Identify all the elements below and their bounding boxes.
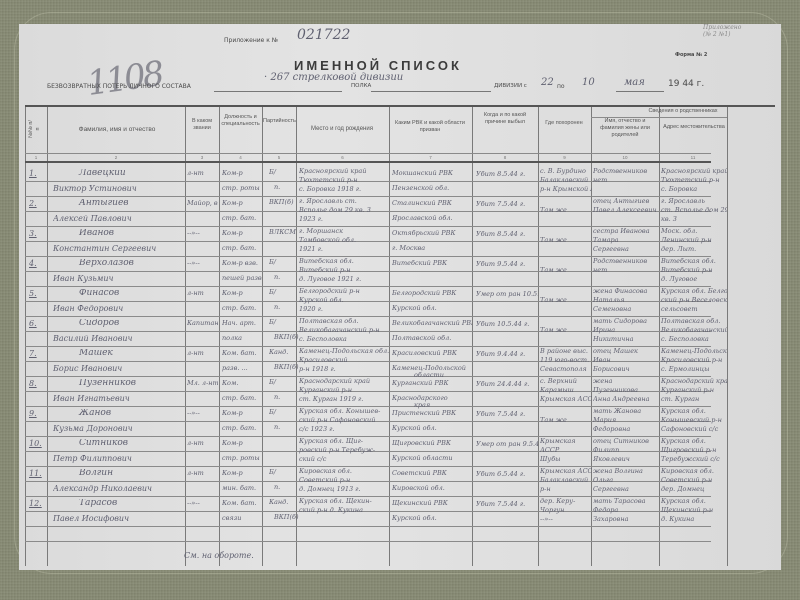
birth-line: Курганский р-н xyxy=(299,387,389,394)
relative-line: Федора xyxy=(593,507,659,514)
surname: Верхолазов xyxy=(59,259,199,268)
birth-line: ровский р-н Теребуж- xyxy=(299,447,389,454)
birth-line: г. Ярославль ст. xyxy=(299,198,389,205)
address-line: Щигровский р-н xyxy=(661,447,727,454)
relative-line: Родственников xyxy=(593,168,659,175)
address-line: ст. Всполье дом 29 xyxy=(661,207,727,214)
birth-line: Курская обл. Щекин- xyxy=(299,498,389,505)
relative-line: Захаровна xyxy=(593,516,659,523)
rank: --»-- xyxy=(187,500,218,507)
footer-note: См. на обороте. xyxy=(184,551,254,560)
burial-line: Крымская xyxy=(540,438,592,445)
party-line: п. xyxy=(274,484,299,491)
row-divider xyxy=(25,226,711,227)
departure-reason: Убит 7.5.44 г. xyxy=(476,501,538,508)
corner-note-line: (№ 2 №1) xyxy=(703,31,741,38)
birth-line: Всполье дом 29 кв. 3 xyxy=(299,207,389,214)
relative-line: Анна Андреевна xyxy=(593,396,659,403)
address-line: Кировская обл. xyxy=(661,468,727,475)
address-line: Тюхтетский р-н xyxy=(661,177,727,184)
position-line: Ком-р взв. xyxy=(222,260,262,267)
position-line: Ком-р xyxy=(222,470,262,477)
address-line: Полтавская обл. xyxy=(661,318,727,325)
given-names: Алексей Павлович xyxy=(53,214,183,223)
rvk-line: Курской обл. xyxy=(392,425,472,432)
row-divider xyxy=(25,256,711,257)
party-line: ВКП(б) xyxy=(274,334,299,341)
party-line: Б/ xyxy=(269,169,299,176)
address-line: Витебский р-н xyxy=(661,267,727,274)
row-divider xyxy=(25,526,711,527)
birth-line: Курская обл. Щиг- xyxy=(299,438,389,445)
address-line: Курская обл. Белгород- xyxy=(661,288,727,295)
birth-line: Каменец-Подольская обл. xyxy=(299,348,389,355)
column-divider xyxy=(389,107,390,566)
relative-line: отец Ситников xyxy=(593,438,659,445)
document-title: ИМЕННОЙ СПИСОК xyxy=(294,58,462,73)
date-separator: по xyxy=(557,83,565,90)
row-divider xyxy=(25,316,711,317)
column-number: 2 xyxy=(47,155,185,160)
address-line: Витебская обл. xyxy=(661,258,727,265)
given-names: Борис Иванович xyxy=(53,364,183,373)
row-number: 6. xyxy=(29,319,47,328)
relative-line: нет xyxy=(593,267,659,274)
given-names: Константин Сергеевич xyxy=(53,244,183,253)
address-line: Краснодарский край xyxy=(661,378,727,385)
burial-line: дер. Керу- xyxy=(540,498,592,505)
rvk-line: Пензенской обл. xyxy=(392,185,472,192)
address-line: Моск. обл. xyxy=(661,228,727,235)
relative-line: жена Финасова xyxy=(593,288,659,295)
party-line: Б/ xyxy=(269,289,299,296)
row-number: 3. xyxy=(29,229,47,238)
relative-line: Пузенникова xyxy=(593,387,659,394)
position-line: Ком-р xyxy=(222,170,262,177)
row-divider xyxy=(25,406,711,407)
given-names: Иван Федорович xyxy=(53,304,183,313)
date-to: 10 xyxy=(582,77,595,88)
party-line: ВКП(б) xyxy=(274,514,299,521)
address-line: Курская обл. xyxy=(661,408,727,415)
header-divider xyxy=(25,153,711,154)
rvk-line: Каменец-Подольской xyxy=(392,365,472,372)
address-line: Советский р-н xyxy=(661,477,727,484)
burial-line: Там же xyxy=(540,417,592,424)
rvk-line: Полтавской обл. xyxy=(392,335,472,342)
relative-line: Тамара xyxy=(593,237,659,244)
burial-line: Крымская АССР xyxy=(540,468,592,475)
address-line: Конышевский р-н xyxy=(661,417,727,424)
unit-handwritten: · 267 стрелковой дивизии xyxy=(264,72,403,83)
position-line: полка xyxy=(222,335,262,342)
row-divider xyxy=(25,196,711,197)
rank: Мл. л-нт xyxy=(187,380,218,387)
relative-line: Сергеевна xyxy=(593,486,659,493)
address-line: д. Луговое xyxy=(661,276,727,283)
position-line: Ком-р xyxy=(222,230,262,237)
column-divider xyxy=(727,107,728,566)
position-line: пешей разведки xyxy=(222,275,262,282)
burial-line: р-н xyxy=(540,486,592,493)
header-rank: В каком звании xyxy=(186,118,218,132)
address-line: Ленинский р-н xyxy=(661,237,727,244)
column-number: 9 xyxy=(538,155,591,160)
birth-line: Тамбовской обл. xyxy=(299,237,389,244)
birth-line: Курской обл. xyxy=(299,297,389,304)
burial-line: р-н Крымской АССР xyxy=(540,186,592,193)
relative-line: Сергеевна xyxy=(593,246,659,253)
given-names: Кузьма Доронович xyxy=(53,424,183,433)
header-buried: Где похоронен xyxy=(540,120,588,127)
surname: Тарасов xyxy=(59,499,199,508)
row-number: 11. xyxy=(29,469,47,478)
header-rvk: Каким РВК и какой области призван xyxy=(391,120,469,134)
burial-line: Севастополя xyxy=(540,366,592,373)
rank: Майор, в-нт xyxy=(187,200,218,207)
given-names: Павел Иосифович xyxy=(53,514,183,523)
position-line: стр. бат. xyxy=(222,305,262,312)
departure-reason: Убит 9.5.44 г. xyxy=(476,261,538,268)
party-line: Канд. xyxy=(269,349,299,356)
surname: Пузенников xyxy=(59,379,199,388)
registration-number: 021722 xyxy=(297,27,350,43)
address-line: с. Ермолинцы xyxy=(661,366,727,373)
rvk-line: Курской области xyxy=(392,455,472,462)
relative-line: Ольга xyxy=(593,477,659,484)
date-year: 19 44 г. xyxy=(668,79,704,89)
address-line: ский р-н Веселовский xyxy=(661,297,727,304)
rvk-line: Краснодарского xyxy=(392,395,472,402)
address-line: д. Кукина xyxy=(661,516,727,523)
birth-line: с/с 1923 г. xyxy=(299,426,389,433)
address-line: Щекинский р-н xyxy=(661,507,727,514)
burial-line: Шубы xyxy=(540,456,592,463)
row-divider xyxy=(25,436,711,437)
address-line: Курская обл. xyxy=(661,498,727,505)
relative-line: Семеновна xyxy=(593,306,659,313)
column-number: 10 xyxy=(591,155,659,160)
burial-line: В районе выс. xyxy=(540,348,592,355)
burial-line: Там же xyxy=(540,237,592,244)
birth-line: с. Боровка 1918 г. xyxy=(299,186,389,193)
birth-line: Кировская обл. xyxy=(299,468,389,475)
departure-reason: Умер от ран 10.5.44 г. xyxy=(476,291,538,298)
rvk-line: Сталинский РВК xyxy=(392,200,472,207)
rvk-line: Витебский РВК xyxy=(392,260,472,267)
given-names: Иван Игнатьевич xyxy=(53,394,183,403)
departure-reason: Убит 9.4.44 г. xyxy=(476,351,538,358)
departure-reason: Убит 8.5.44 г. xyxy=(476,171,538,178)
surname: Антыгиев xyxy=(59,199,199,208)
rank: --»-- xyxy=(187,260,218,267)
birth-line: ский с/с xyxy=(299,456,389,463)
burial-line: Чоргун xyxy=(540,507,592,514)
row-number: 10. xyxy=(29,439,47,448)
position-line: Нач. арт. xyxy=(222,320,262,327)
address-line: с. Бесполовка xyxy=(661,336,727,343)
relative-line: Иван xyxy=(593,357,659,364)
regiment-label: ПОЛКА xyxy=(351,83,371,89)
address-line: Курганский р-н xyxy=(661,387,727,394)
division-label: ДИВИЗИИ с xyxy=(494,83,527,89)
address-line: Великобагачанский р-н xyxy=(661,327,727,334)
burial-line: с. Верхний xyxy=(540,378,592,385)
departure-reason: Умер от ран 9.5.44 г. xyxy=(476,441,538,448)
position-line: разв. ... xyxy=(222,365,262,372)
relative-line: мать Тарасова xyxy=(593,498,659,505)
rvk-line: Мокшанский РВК xyxy=(392,170,472,177)
rvk-line: области xyxy=(414,372,469,379)
departure-reason: Убит 7.5.44 г. xyxy=(476,411,538,418)
surname: Иванов xyxy=(59,229,199,238)
birth-line: д. Луговое 1921 г. xyxy=(299,276,389,283)
position-line: Ком-р xyxy=(222,410,262,417)
column-divider xyxy=(472,107,473,566)
relative-line: Павел Алексеевич xyxy=(593,207,659,214)
birth-line: Краснодарский край xyxy=(299,378,389,385)
rvk-line: Кировской обл. xyxy=(392,485,472,492)
rvk-line: Курганский РВК xyxy=(392,380,472,387)
rvk-line: г. Москва xyxy=(392,245,472,252)
position-line: Ком-р xyxy=(222,290,262,297)
rvk-line: Курской обл. xyxy=(392,515,472,522)
relative-line: Ирина xyxy=(593,327,659,334)
relative-line: мать Жанова xyxy=(593,408,659,415)
address-line: Каменец-Подольская обл. xyxy=(661,348,727,355)
party-line: Канд. xyxy=(269,499,299,506)
handwritten-stamp-mark: 1108 xyxy=(85,54,164,104)
column-divider xyxy=(25,107,26,566)
header-position: Должность и специальность xyxy=(220,114,261,128)
position-line: стр. бат. xyxy=(222,425,262,432)
form-label: Форма № 2 xyxy=(675,52,707,58)
surname: Ситников xyxy=(59,439,199,448)
row-number: 5. xyxy=(29,289,47,298)
birth-line: Великобагачанский р-н xyxy=(299,327,389,334)
surname: Лавецкий xyxy=(59,169,199,178)
rvk-line: Пристенский РВК xyxy=(392,410,472,417)
birth-line: с. Бесполовка xyxy=(299,336,389,343)
position-line: Ком. xyxy=(222,380,262,387)
surname: Сидоров xyxy=(59,319,199,328)
relative-line: нет xyxy=(593,177,659,184)
underline xyxy=(214,91,342,92)
birth-line: Курская обл. Конышев- xyxy=(299,408,389,415)
rvk-line: Курской обл. xyxy=(392,305,472,312)
position-line: стр. бат. xyxy=(222,245,262,252)
underline xyxy=(371,91,491,92)
underline xyxy=(616,91,664,92)
birth-line: ский р-н Сафоновский xyxy=(299,417,389,424)
departure-reason: Убит 7.5.44 г. xyxy=(476,201,538,208)
address-line: Красноярский край, xyxy=(661,168,727,175)
relative-line: Наталья xyxy=(593,297,659,304)
position-line: стр. роты xyxy=(222,185,262,192)
rank: --»-- xyxy=(187,230,218,237)
party-line: Б/ xyxy=(269,469,299,476)
birth-line: Белгородский р-н xyxy=(299,288,389,295)
column-divider xyxy=(538,107,539,566)
row-divider xyxy=(25,376,711,377)
column-number: 4 xyxy=(219,155,262,160)
row-divider xyxy=(25,541,711,542)
rvk-line: Великобагачанский РВК xyxy=(392,320,472,327)
burial-line: Там же xyxy=(540,297,592,304)
surname: Машек xyxy=(59,349,199,358)
surname: Финасов xyxy=(59,289,199,298)
position-line: Ком-р xyxy=(222,200,262,207)
header-birth: Место и год рождения xyxy=(297,126,387,133)
birth-line: Красноярский край xyxy=(299,168,389,175)
birth-line: Витебская обл. xyxy=(299,258,389,265)
party-line: Б/ xyxy=(269,259,299,266)
row-number: 8. xyxy=(29,379,47,388)
party-line: п. xyxy=(274,424,299,431)
address-line: дер. Домнец xyxy=(661,486,727,493)
address-line: кв. 3 xyxy=(661,216,727,223)
position-line: стр. бат. xyxy=(222,215,262,222)
burial-line: Крымская АССР xyxy=(540,396,592,403)
birth-line: Тюхтетский р-н xyxy=(299,177,389,184)
header-name: Фамилия, имя и отчество xyxy=(49,126,185,133)
given-names: Петр Филиппович xyxy=(53,454,183,463)
party-line: Б/ xyxy=(269,379,299,386)
column-number: 6 xyxy=(296,155,389,160)
address-line: г. Ярославль xyxy=(661,198,727,205)
header-address: Адрес местожительства xyxy=(660,124,728,131)
row-number: 12. xyxy=(29,499,47,508)
birth-line: ст. Курган 1919 г. xyxy=(299,396,389,403)
relative-line: Никитична xyxy=(593,336,659,343)
rvk-line: Белгородский РВК xyxy=(392,290,472,297)
position-line: стр. роты xyxy=(222,455,262,462)
address-line: Сафоновский с/с xyxy=(661,426,727,433)
burial-line: с. В. Бурдино xyxy=(540,168,592,175)
position-line: Ком-р xyxy=(222,440,262,447)
rank: --»-- xyxy=(187,410,218,417)
birth-line: 1923 г. xyxy=(299,216,389,223)
party-line: п. xyxy=(274,184,299,191)
given-names: Василий Иванович xyxy=(53,334,183,343)
corner-note: Приложено (№ 2 №1) xyxy=(703,24,741,38)
row-number: 7. xyxy=(29,349,47,358)
row-divider xyxy=(25,496,711,497)
registration-label: Приложение к № xyxy=(224,37,278,44)
relative-line: Родственников xyxy=(593,258,659,265)
party-line: п. xyxy=(274,394,299,401)
relative-line: Федоровна xyxy=(593,426,659,433)
given-names: Виктор Устинович xyxy=(53,184,183,193)
relative-line: Филипп xyxy=(593,447,659,454)
header-when: Когда и по какой причине выбыл xyxy=(474,112,536,126)
birth-line: д. Домнец 1913 г. xyxy=(299,486,389,493)
header-party: Партийность xyxy=(263,118,295,125)
address-line: Курская обл. xyxy=(661,438,727,445)
party-line: п. xyxy=(274,304,299,311)
row-divider xyxy=(25,286,711,287)
birth-line: 1921 г. xyxy=(299,246,389,253)
rvk-line: Ярославской обл. xyxy=(392,215,472,222)
column-divider xyxy=(47,107,48,566)
relative-line: жена Волгина xyxy=(593,468,659,475)
row-divider xyxy=(25,346,711,347)
relative-line: сестра Иванова xyxy=(593,228,659,235)
rank: л-нт xyxy=(187,470,218,477)
subtitle-prefix: БЕЗВОЗВРАТНЫХ ПОТЕРЬ ЛИЧНОГО СОСТАВА xyxy=(47,83,191,90)
birth-line: 1920 г. xyxy=(299,306,389,313)
row-number: 2. xyxy=(29,199,47,208)
burial-line: Балаклавский xyxy=(540,477,592,484)
table-top-rule xyxy=(25,105,775,107)
address-line: с. Боровка xyxy=(661,186,727,193)
departure-reason: Убит 6.5.44 г. xyxy=(476,471,538,478)
header-no: №№ п/п xyxy=(28,119,42,139)
row-divider xyxy=(25,466,711,467)
row-number: 9. xyxy=(29,409,47,418)
birth-line: р-н 1918 г. xyxy=(299,366,389,373)
column-number: 11 xyxy=(659,155,727,160)
rvk-line: Щекинский РВК xyxy=(392,500,472,507)
relative-line: жена xyxy=(593,378,659,385)
burial-line: 119 юго-вост. xyxy=(540,357,592,364)
position-line: Ком. бат. xyxy=(222,500,262,507)
departure-reason: Убит 24.4.44 г. xyxy=(476,381,538,388)
column-number: 1 xyxy=(25,155,47,160)
surname: Волгин xyxy=(59,469,199,478)
header-divider xyxy=(25,161,711,163)
rank: л-нт xyxy=(187,290,218,297)
column-divider xyxy=(659,107,660,566)
scanned-document: Приложение к № 021722 1108 Приложено (№ … xyxy=(19,24,781,570)
party-line: Б/ xyxy=(269,319,299,326)
birth-line: ский р-н д. Кукина xyxy=(299,507,389,514)
relative-line: Мария xyxy=(593,417,659,424)
birth-line: Полтавская обл. xyxy=(299,318,389,325)
position-line: мин. бат. xyxy=(222,485,262,492)
departure-reason: Убит 10.5.44 г. xyxy=(476,321,538,328)
rank: Капитан xyxy=(187,320,218,327)
date-from: 22 xyxy=(541,77,554,88)
rvk-line: края xyxy=(414,402,469,409)
rvk-line: Октябрьский РВК xyxy=(392,230,472,237)
address-line: ст. Курган xyxy=(661,396,727,403)
surname: Жанов xyxy=(59,409,199,418)
party-line: ВКП(б) xyxy=(269,199,299,206)
birth-line: Витебский р-н xyxy=(299,267,389,274)
burial-line: Карамыш xyxy=(540,387,592,394)
given-names: Иван Кузьмич xyxy=(53,274,183,283)
column-divider xyxy=(219,107,220,566)
rvk-line: Советский РВК xyxy=(392,470,472,477)
burial-line: Балаклавский xyxy=(540,177,592,184)
column-divider xyxy=(262,107,263,566)
address-line: дер. Лыт. xyxy=(661,246,727,253)
given-names: Александр Николаевич xyxy=(53,484,183,493)
party-line: ВКП(б) xyxy=(274,364,299,371)
address-line: сельсовет xyxy=(661,306,727,313)
party-line: ВЛКСМ xyxy=(269,229,299,236)
party-line: п. xyxy=(274,274,299,281)
relative-line: Яковлевич xyxy=(593,456,659,463)
relative-line: отец Машек xyxy=(593,348,659,355)
relative-line: мать Сидорова xyxy=(593,318,659,325)
rvk-line: Красиловский РВК xyxy=(392,350,472,357)
burial-line: Там же xyxy=(540,327,592,334)
birth-line: г. Моршанск xyxy=(299,228,389,235)
party-line: Б/ xyxy=(269,409,299,416)
date-month: мая xyxy=(624,77,645,88)
